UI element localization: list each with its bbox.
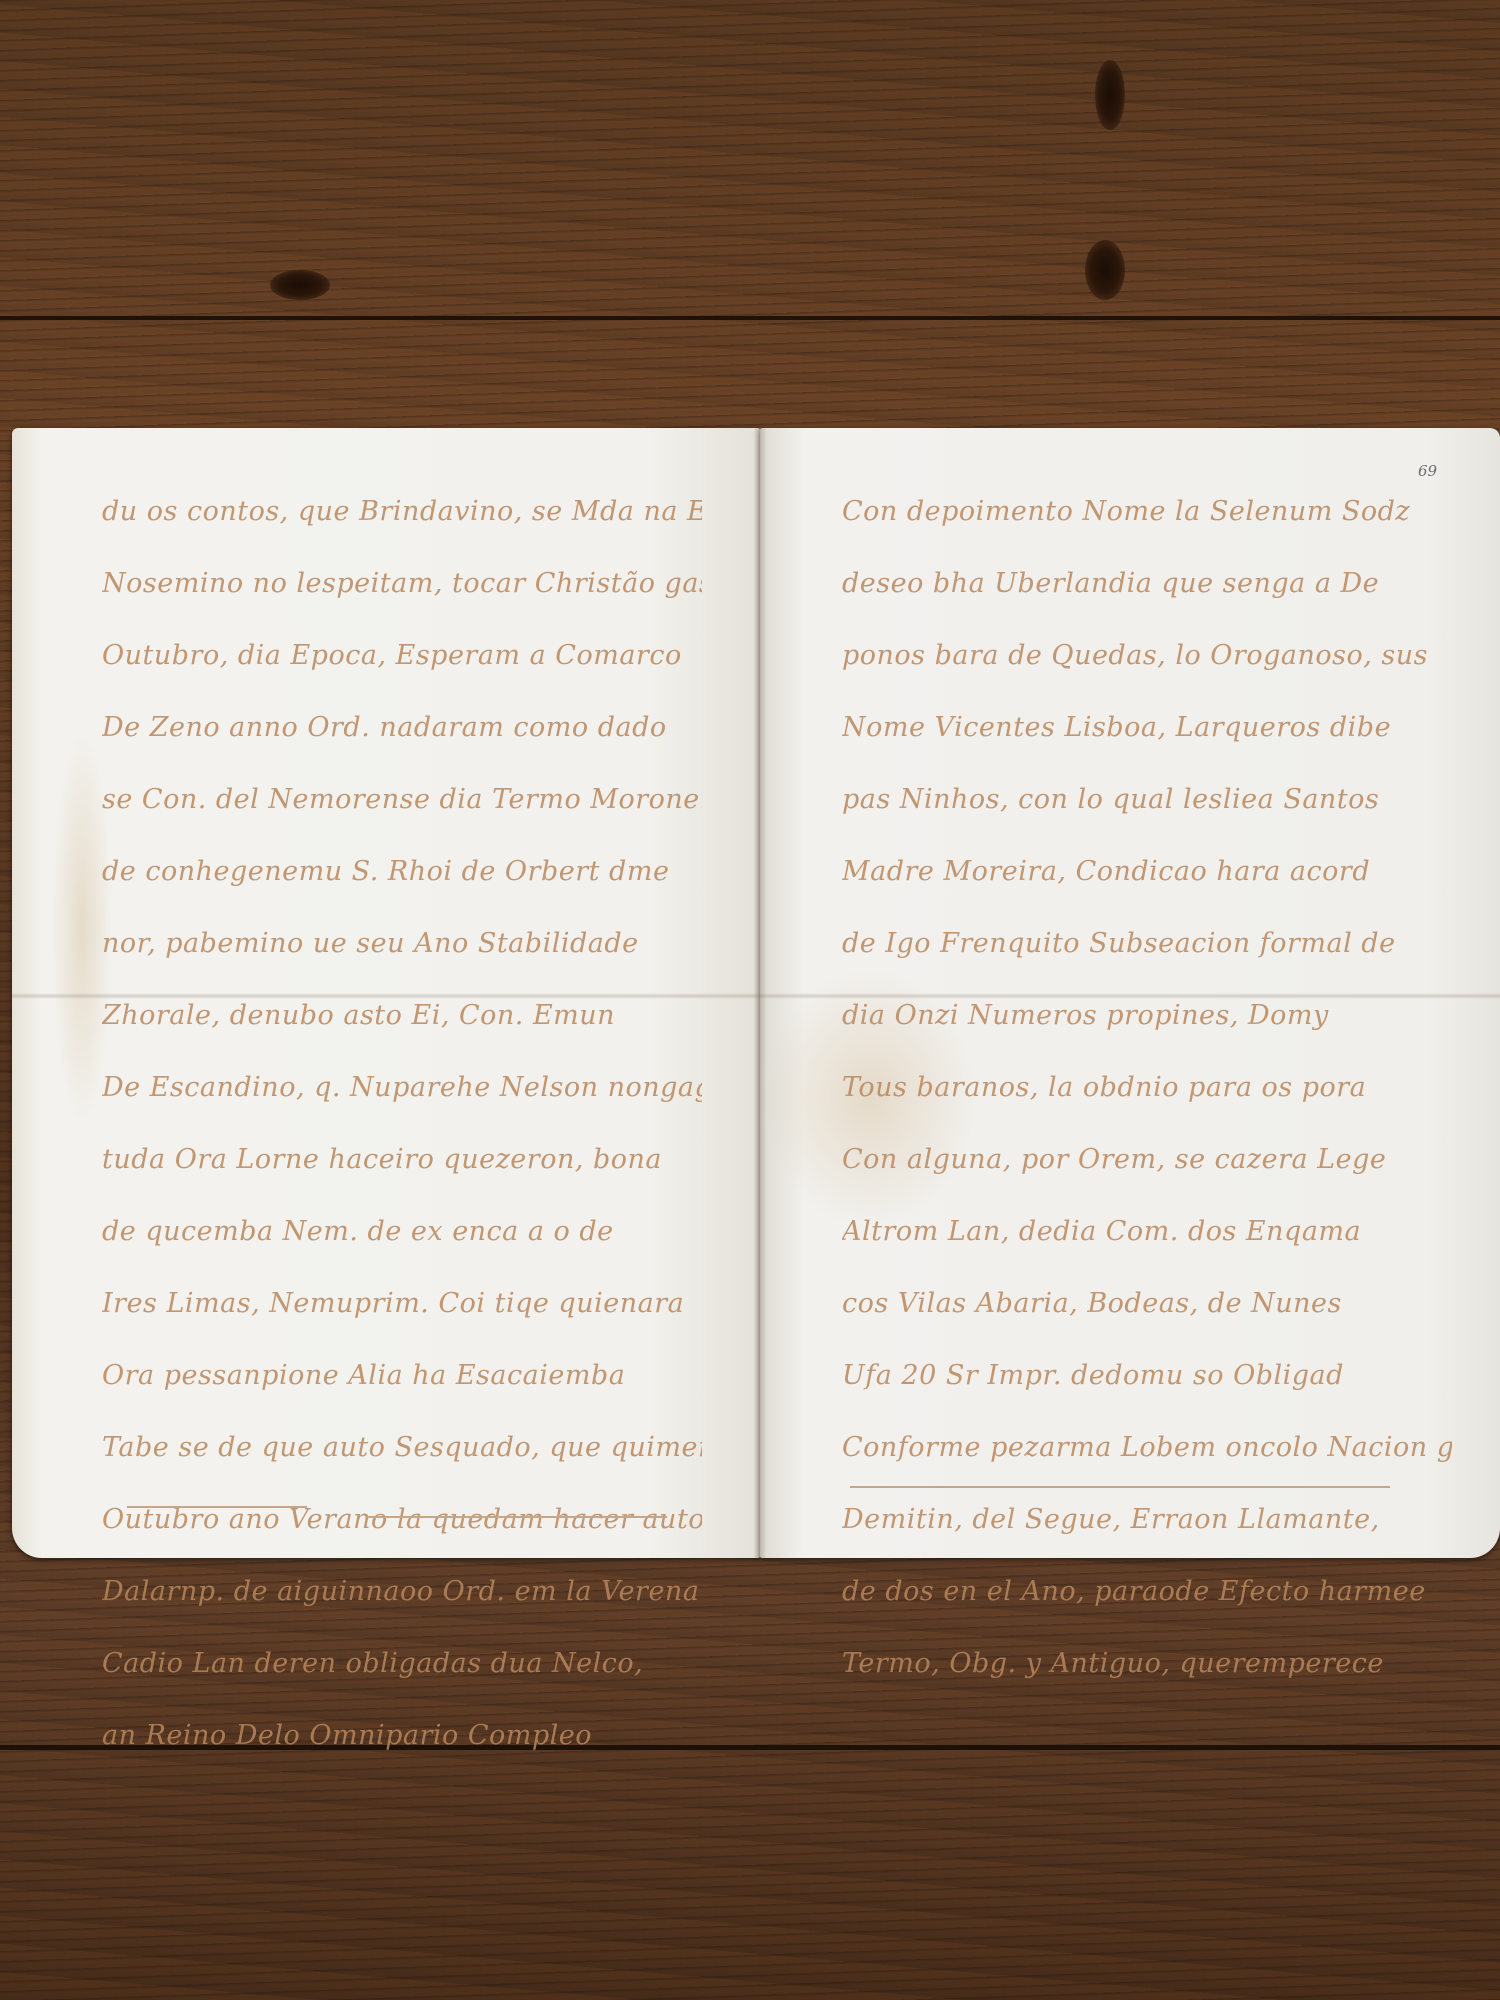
handwritten-line: Con alguna, por Orem, se cazera Lege	[842, 1124, 1452, 1196]
right-page-text: Con depoimento Nome la Selenum Sodz dese…	[842, 476, 1452, 1700]
handwritten-line: De Escandino, q. Nuparehe Nelson nongage	[102, 1052, 702, 1124]
handwritten-line: dia Onzi Numeros propines, Domy	[842, 980, 1452, 1052]
handwritten-line: de conhegenemu S. Rhoi de Orbert dme	[102, 836, 702, 908]
handwritten-line: Tous baranos, la obdnio para os pora	[842, 1052, 1452, 1124]
handwritten-line: du os contos, que Brindavino, se Mda na …	[102, 476, 702, 548]
wood-knot	[1085, 240, 1125, 300]
handwritten-line: Demitin, del Segue, Erraon Llamante,	[842, 1484, 1452, 1556]
handwritten-line: Dalarnp. de aiguinnaoo Ord. em la Verena	[102, 1556, 702, 1628]
page-number: 69	[1418, 462, 1437, 480]
handwritten-line: De Zeno anno Ord. nadaram como dado	[102, 692, 702, 764]
closing-rule-left	[127, 1506, 307, 1508]
handwritten-line: Con depoimento Nome la Selenum Sodz	[842, 476, 1452, 548]
handwritten-line: an Reino Delo Omnipario Compleo	[102, 1700, 702, 1772]
handwritten-line: Termo, Obg. y Antiguo, queremperece	[842, 1628, 1452, 1700]
handwritten-line: de Igo Frenquito Subseacion formal de	[842, 908, 1452, 980]
handwritten-line: Tabe se de que auto Sesquado, que quimer…	[102, 1412, 702, 1484]
handwritten-line: de qucemba Nem. de ex enca a o de	[102, 1196, 702, 1268]
wood-knot	[270, 270, 330, 300]
closing-rule-left	[367, 1516, 667, 1518]
handwritten-line: Outubro ano Verano la quedam hacer auto …	[102, 1484, 702, 1556]
handwritten-line: tuda Ora Lorne haceiro quezeron, bona	[102, 1124, 702, 1196]
handwritten-line: cos Vilas Abaria, Bodeas, de Nunes	[842, 1268, 1452, 1340]
handwritten-line: Conforme pezarma Lobem oncolo Nacion gra…	[842, 1412, 1452, 1484]
handwritten-line: Cadio Lan deren obligadas dua Nelco,	[102, 1628, 702, 1700]
handwritten-line: Nome Vicentes Lisboa, Larqueros dibe	[842, 692, 1452, 764]
handwritten-line: Ufa 20 Sr Impr. dedomu so Obligad	[842, 1340, 1452, 1412]
wood-knot	[1095, 60, 1125, 130]
handwritten-line: deseo bha Uberlandia que senga a De	[842, 548, 1452, 620]
open-manuscript: du os contos, que Brindavino, se Mda na …	[12, 428, 1500, 1558]
handwritten-line: Ires Limas, Nemuprim. Coi tiqe quienara	[102, 1268, 702, 1340]
handwritten-line: Ora pessanpione Alia ha Esacaiemba	[102, 1340, 702, 1412]
handwritten-line: Outubro, dia Epoca, Esperam a Comarco	[102, 620, 702, 692]
handwritten-line: Madre Moreira, Condicao hara acord	[842, 836, 1452, 908]
handwritten-line: Zhorale, denubo asto Ei, Con. Emun	[102, 980, 702, 1052]
handwritten-line: Altrom Lan, dedia Com. dos Enqama	[842, 1196, 1452, 1268]
handwritten-line: se Con. del Nemorense dia Termo Moronero	[102, 764, 702, 836]
handwritten-line: Nosemino no lespeitam, tocar Christão ga…	[102, 548, 702, 620]
table-plank-seam	[0, 316, 1500, 320]
handwritten-line: pas Ninhos, con lo qual lesliea Santos	[842, 764, 1452, 836]
closing-rule-right	[850, 1486, 1390, 1488]
handwritten-line: ponos bara de Quedas, lo Oroganoso, sus	[842, 620, 1452, 692]
handwritten-line: de dos en el Ano, paraode Efecto harmee	[842, 1556, 1452, 1628]
handwritten-line: nor, pabemino ue seu Ano Stabilidade	[102, 908, 702, 980]
left-page-text: du os contos, que Brindavino, se Mda na …	[102, 476, 702, 1772]
